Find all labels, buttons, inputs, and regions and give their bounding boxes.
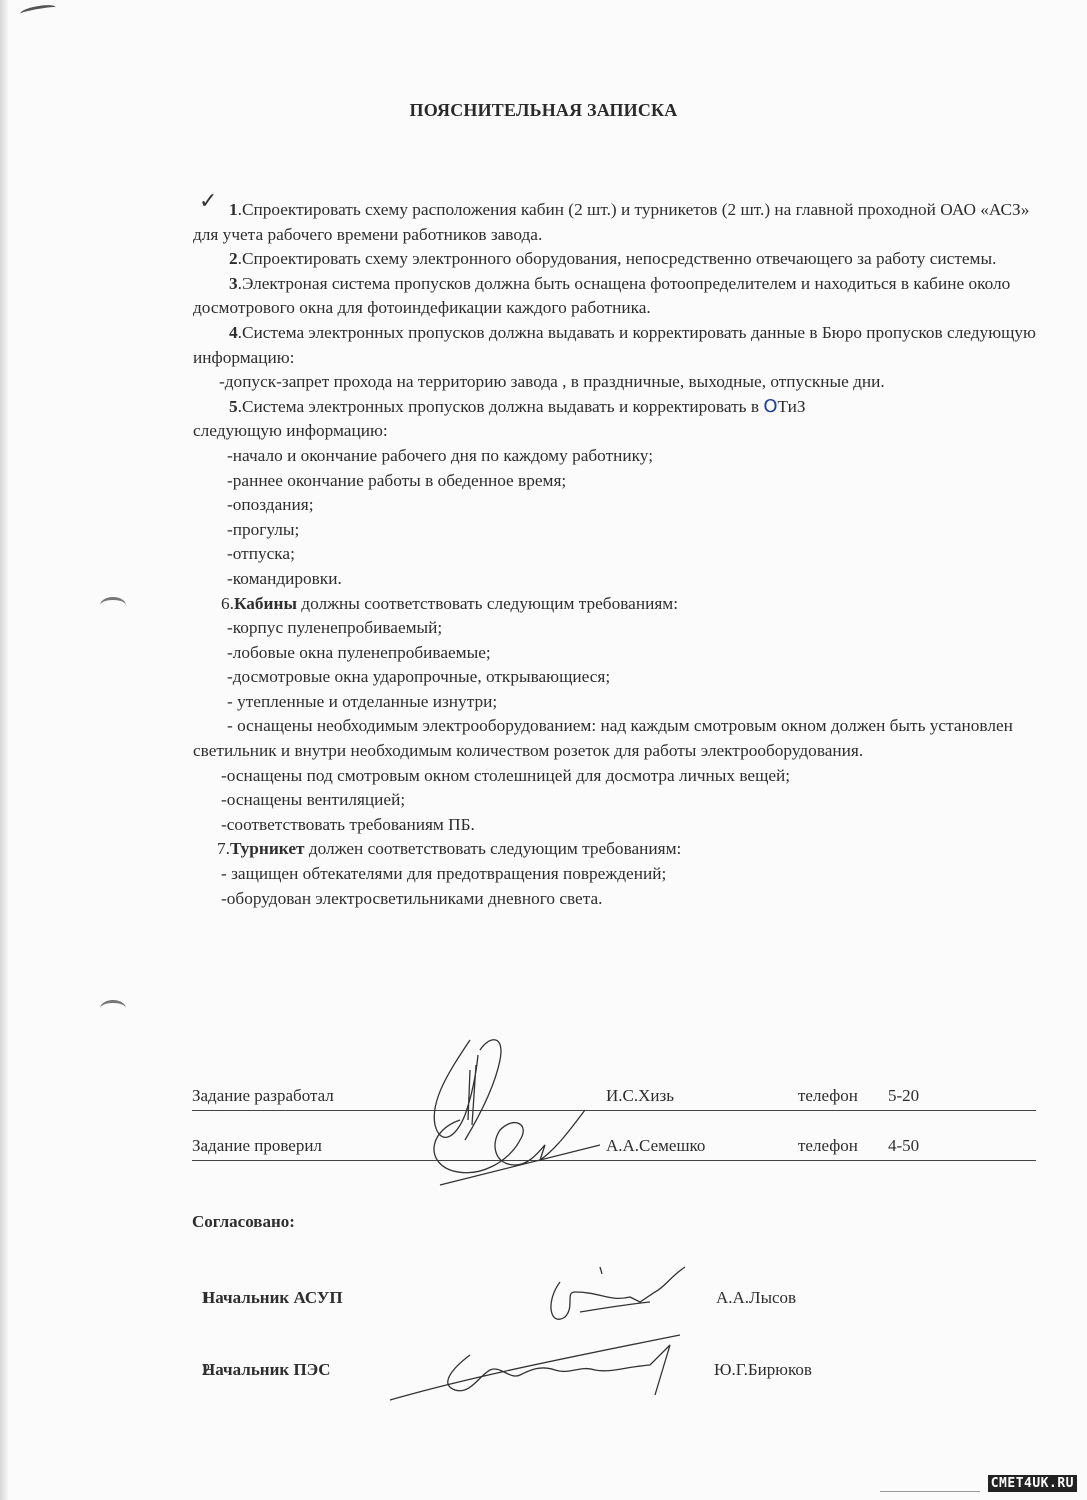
item-6-sub: -досмотровые окна ударопрочные, открываю… <box>193 665 1038 690</box>
item-text: .Электроная система пропусков должна быт… <box>193 274 1010 318</box>
site-watermark: CMET4UK.RU <box>988 1475 1077 1492</box>
approval-role-text: Начальник АСУП <box>202 1288 343 1307</box>
handwritten-signature <box>540 1262 700 1332</box>
approved-label: Согласовано: <box>192 1212 295 1232</box>
item-5-sub: -раннее окончание работы в обеденное вре… <box>193 469 1038 494</box>
approval-name: Ю.Г.Бирюков <box>714 1360 812 1380</box>
item-text: .Спроектировать схему расположения кабин… <box>193 200 1029 244</box>
item-5-sub: -опоздания; <box>193 493 1038 518</box>
document-title: ПОЯСНИТЕЛЬНАЯ ЗАПИСКА <box>0 100 1087 121</box>
item-bold: Кабины <box>234 594 297 613</box>
item-2: 2.Спроектировать схему электронного обор… <box>193 247 1038 272</box>
handwritten-signature <box>420 1100 620 1190</box>
scan-smudge <box>19 3 56 18</box>
item-7-sub: - защищен обтекателями для предотвращени… <box>193 862 1038 887</box>
item-bold: Турникет <box>230 839 305 858</box>
item-6-sub: -оснащены вентиляцией; <box>193 788 1038 813</box>
phone-label: телефон <box>798 1086 858 1106</box>
punch-hole-mark <box>100 597 126 614</box>
item-5-sub: -начало и окончание рабочего дня по кажд… <box>193 444 1038 469</box>
signature-role: Задание разработал <box>192 1086 334 1106</box>
divider <box>880 1491 980 1492</box>
item-5-sub: -прогулы; <box>193 518 1038 543</box>
item-7-sub: -оборудован электросветильниками дневног… <box>193 887 1038 912</box>
item-6: 6.Кабины должны соответствовать следующи… <box>193 592 1038 617</box>
item-3: 3.Электроная система пропусков должна бы… <box>193 272 1038 321</box>
item-text: следующую информацию: <box>193 421 388 440</box>
signature-name: А.А.Семешко <box>606 1136 705 1156</box>
phone-label: телефон <box>798 1136 858 1156</box>
item-6-sub: -соответствовать требованиям ПБ. <box>193 813 1038 838</box>
item-4-sub: -допуск-запрет прохода на территорию зав… <box>193 370 1038 395</box>
item-number: 7. <box>217 839 230 858</box>
item-number: 5 <box>229 397 238 416</box>
item-number: 3 <box>229 274 238 293</box>
approval-number: 1. <box>202 1288 215 1308</box>
item-5: 5.Система электронных пропусков должна в… <box>193 395 1038 444</box>
approval-role: 2.Начальник ПЭС <box>202 1360 330 1380</box>
item-number: 2 <box>229 249 238 268</box>
item-5-sub: -командировки. <box>193 567 1038 592</box>
item-6-sub: - утепленные и отделанные изнутри; <box>193 690 1038 715</box>
approval-number: 2. <box>202 1360 215 1380</box>
scan-edge <box>0 0 8 1500</box>
signature-role: Задание проверил <box>192 1136 322 1156</box>
phone-number: 4-50 <box>888 1136 919 1156</box>
item-5-sub: -отпуска; <box>193 542 1038 567</box>
item-4: 4.Система электронных пропусков должна в… <box>193 321 1038 370</box>
item-1: 1.Спроектировать схему расположения каби… <box>193 198 1038 247</box>
item-6-sub: -лобовые окна пуленепробиваемые; <box>193 641 1038 666</box>
item-text: ТиЗ <box>777 397 805 416</box>
approval-role-text: Начальник ПЭС <box>202 1360 330 1379</box>
punch-hole-mark <box>100 1000 126 1017</box>
item-number: 4 <box>229 323 238 342</box>
document-body: 1.Спроектировать схему расположения каби… <box>193 198 1038 911</box>
item-text: .Система электронных пропусков должна вы… <box>238 397 764 416</box>
approval-role: 1.Начальник АСУП <box>202 1288 343 1308</box>
approval-name: А.А.Лысов <box>716 1288 796 1308</box>
item-text: должен соответствовать следующим требова… <box>305 839 682 858</box>
item-6-sub: -оснащены под смотровым окном столешнице… <box>193 764 1038 789</box>
handwritten-letter: О <box>763 396 777 417</box>
item-text: должны соответствовать следующим требова… <box>297 594 678 613</box>
item-text: - оснащены необходимым электрооборудован… <box>227 716 827 735</box>
item-text: .Спроектировать схему электронного обору… <box>238 249 997 268</box>
phone-number: 5-20 <box>888 1086 919 1106</box>
handwritten-signature <box>380 1325 700 1405</box>
item-number: 1 <box>229 200 238 219</box>
item-number: 6. <box>221 594 234 613</box>
item-7: 7.Турникет должен соответствовать следую… <box>193 837 1038 862</box>
item-6-long-sub: - оснащены необходимым электрооборудован… <box>193 714 1038 763</box>
item-text: .Система электронных пропусков должна вы… <box>193 323 1036 367</box>
item-6-sub: -корпус пуленепробиваемый; <box>193 616 1038 641</box>
